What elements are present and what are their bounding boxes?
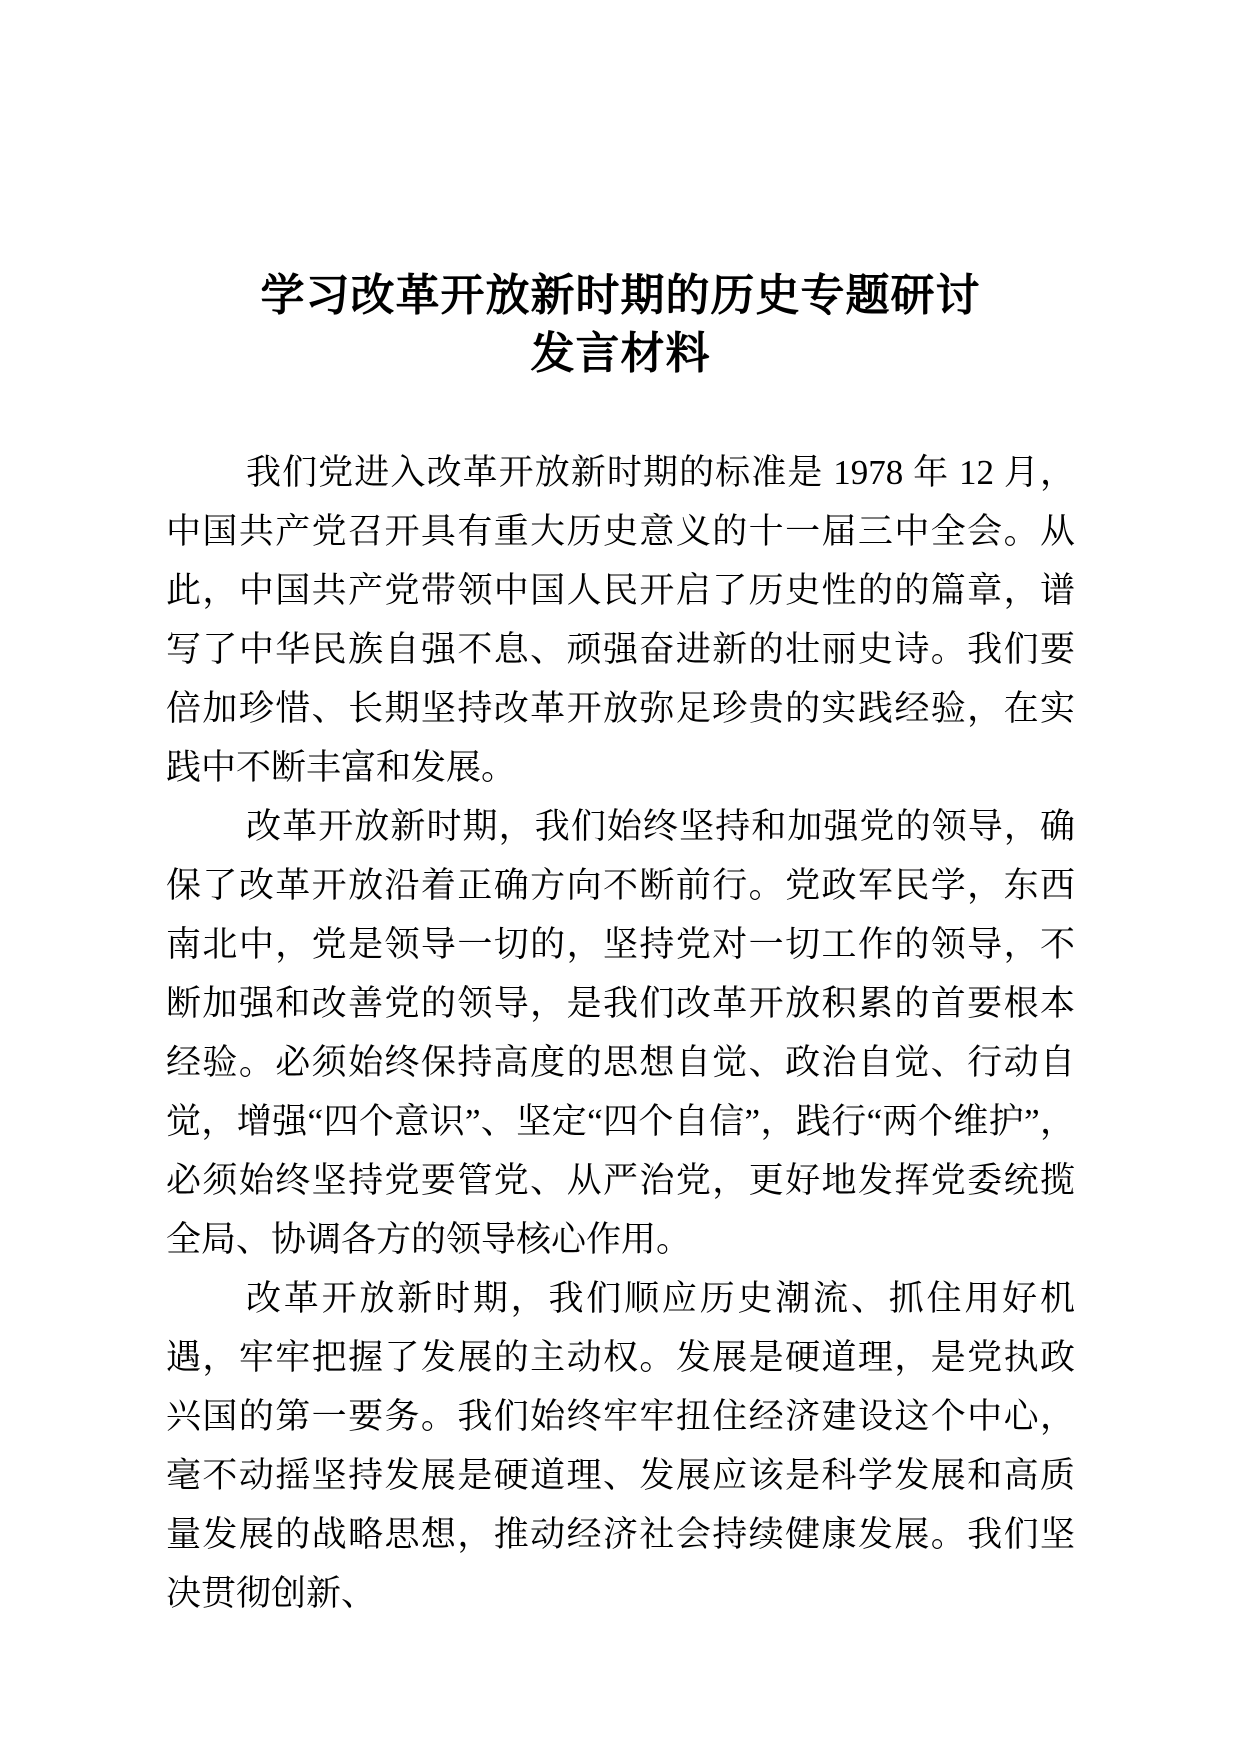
title-line-2: 发言材料 (166, 325, 1075, 383)
paragraph-1: 我们党进入改革开放新时期的标准是 1978 年 12 月，中国共产党召开具有重大… (166, 443, 1075, 797)
paragraph-3: 改革开放新时期，我们顺应历史潮流、抓住用好机遇，牢牢把握了发展的主动权。发展是硬… (166, 1269, 1075, 1623)
document-body: 我们党进入改革开放新时期的标准是 1978 年 12 月，中国共产党召开具有重大… (166, 443, 1075, 1623)
title-line-1: 学习改革开放新时期的历史专题研讨 (166, 267, 1075, 325)
paragraph-2: 改革开放新时期，我们始终坚持和加强党的领导，确保了改革开放沿着正确方向不断前行。… (166, 797, 1075, 1269)
document-page: 学习改革开放新时期的历史专题研讨 发言材料 我们党进入改革开放新时期的标准是 1… (0, 0, 1241, 1755)
document-title: 学习改革开放新时期的历史专题研讨 发言材料 (166, 267, 1075, 383)
